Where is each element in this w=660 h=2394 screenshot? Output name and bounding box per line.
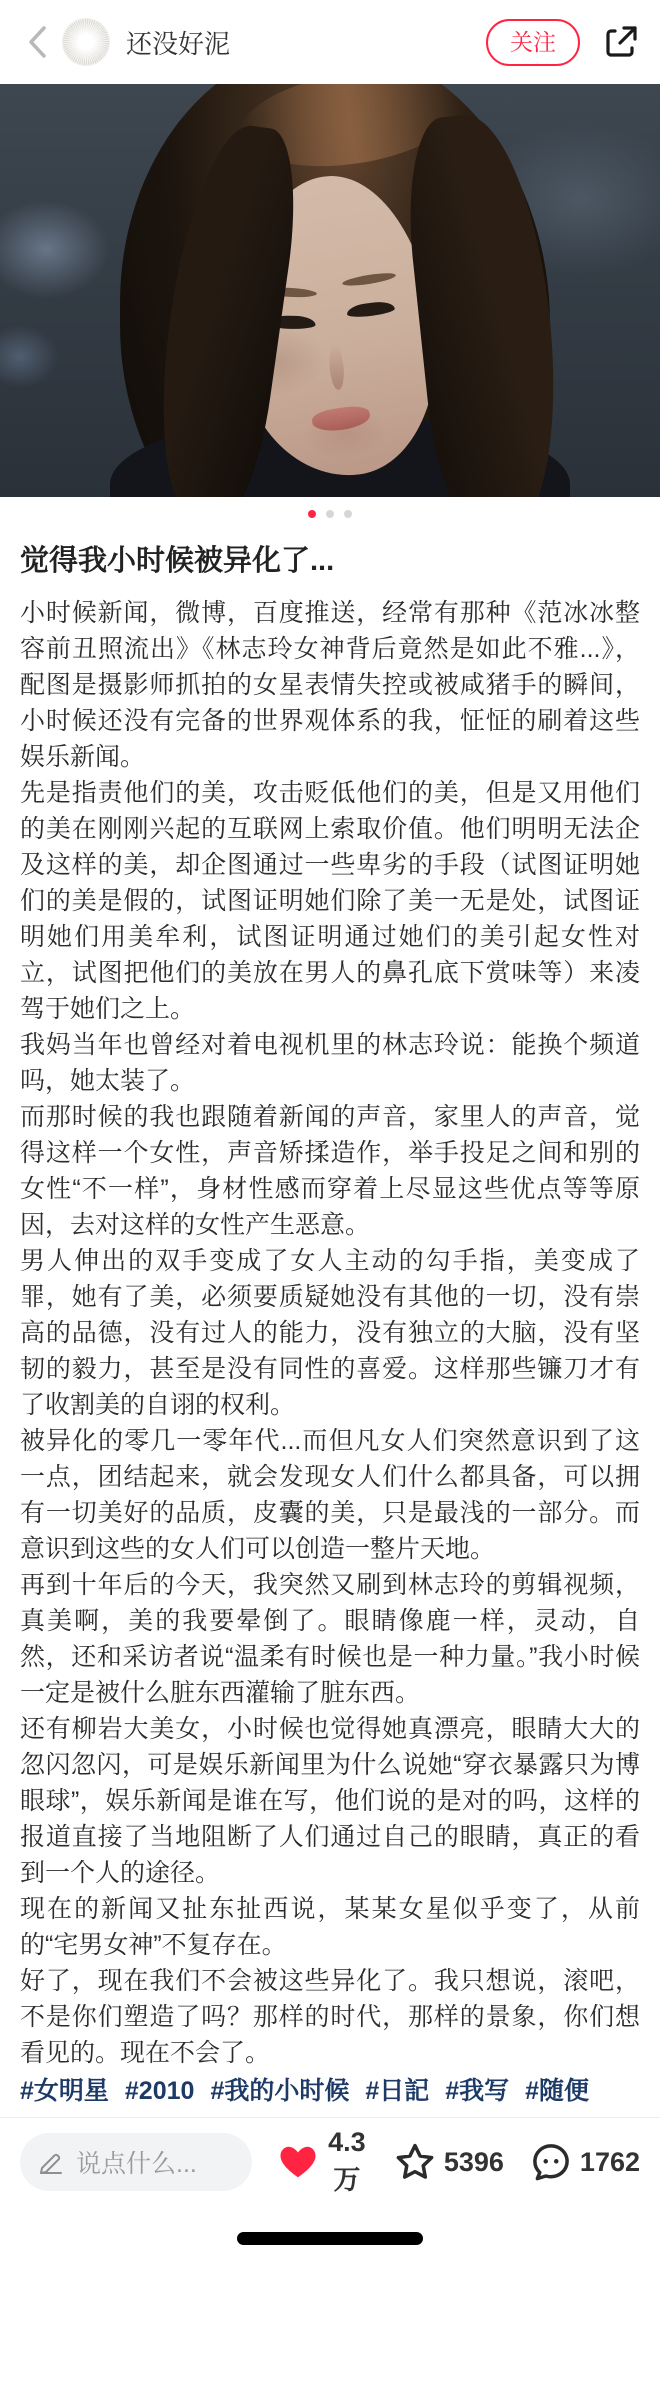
header-bar: 还没好泥 关注 — [0, 0, 660, 84]
follow-button[interactable]: 关注 — [486, 19, 580, 66]
post-paragraph: 小时候新闻，微博，百度推送，经常有那种《范冰冰整容前丑照流出》《林志玲女神背后竟… — [20, 595, 640, 775]
post-paragraph: 还有柳岩大美女，小时候也觉得她真漂亮，眼睛大大的忽闪忽闪，可是娱乐新闻里为什么说… — [20, 1711, 640, 1891]
post-paragraph: 好了，现在我们不会被这些异化了。我只想说，滚吧，不是你们塑造了吗？那样的时代，那… — [20, 1963, 640, 2071]
comments-count: 1762 — [580, 2147, 640, 2178]
heart-icon — [278, 2142, 318, 2182]
share-icon — [603, 24, 639, 60]
bottom-action-bar: 说点什么... 4.3万 5396 — [0, 2118, 660, 2206]
collect-count: 5396 — [444, 2147, 504, 2178]
post-paragraph: 而那时候的我也跟随着新闻的声音，家里人的声音，觉得这样一个女性，声音矫揉造作，举… — [20, 1099, 640, 1243]
hashtag-row: #女明星#2010#我的小时候#日記#我写#随便 — [20, 2071, 640, 2111]
collect-button[interactable]: 5396 — [394, 2141, 504, 2183]
comment-input[interactable]: 说点什么... — [20, 2133, 252, 2191]
post-paragraph: 先是指责他们的美，攻击贬低他们的美，但是又用他们的美在刚刚兴起的互联网上索取价值… — [20, 775, 640, 1027]
comment-bubble-icon — [530, 2141, 572, 2183]
avatar[interactable] — [62, 18, 110, 66]
username[interactable]: 还没好泥 — [126, 24, 486, 61]
carousel-dot — [344, 510, 352, 518]
app-screen: 还没好泥 关注 觉得我小时候 — [0, 0, 660, 2394]
hashtag[interactable]: #女明星 — [20, 2077, 109, 2105]
carousel-dots — [0, 497, 660, 531]
comment-placeholder: 说点什么... — [76, 2144, 197, 2180]
post-paragraph: 我妈当年也曾经对着电视机里的林志玲说：能换个频道吗，她太装了。 — [20, 1027, 640, 1099]
like-count: 4.3万 — [326, 2127, 368, 2197]
back-button[interactable] — [20, 25, 54, 59]
like-button[interactable]: 4.3万 — [278, 2127, 368, 2197]
post-paragraph: 男人伸出的双手变成了女人主动的勾手指，美变成了罪，她有了美，必须要质疑她没有其他… — [20, 1243, 640, 1423]
pencil-icon — [38, 2149, 64, 2175]
home-indicator[interactable] — [237, 2232, 423, 2245]
hashtag[interactable]: #2010 — [125, 2077, 195, 2105]
comments-button[interactable]: 1762 — [530, 2141, 640, 2183]
carousel-dot — [326, 510, 334, 518]
hashtag[interactable]: #日記 — [365, 2077, 429, 2105]
carousel-dot-active — [308, 510, 316, 518]
hashtag[interactable]: #我的小时候 — [210, 2077, 349, 2105]
post-paragraph: 再到十年后的今天，我突然又刷到林志玲的剪辑视频，真美啊，美的我要晕倒了。眼睛像鹿… — [20, 1567, 640, 1711]
hashtag[interactable]: #随便 — [525, 2077, 589, 2105]
post-title: 觉得我小时候被异化了... — [20, 541, 640, 581]
post-body: 小时候新闻，微博，百度推送，经常有那种《范冰冰整容前丑照流出》《林志玲女神背后竟… — [20, 595, 640, 2071]
post-photo[interactable] — [0, 84, 660, 497]
post-paragraph: 被异化的零几一零年代...而但凡女人们突然意识到了这一点，团结起来，就会发现女人… — [20, 1423, 640, 1567]
post-paragraph: 现在的新闻又扯东扯西说，某某女星似乎变了，从前的“宅男女神”不复存在。 — [20, 1891, 640, 1963]
star-icon — [394, 2141, 436, 2183]
chevron-left-icon — [26, 25, 48, 59]
share-button[interactable] — [602, 23, 640, 61]
hashtag[interactable]: #我写 — [445, 2077, 509, 2105]
